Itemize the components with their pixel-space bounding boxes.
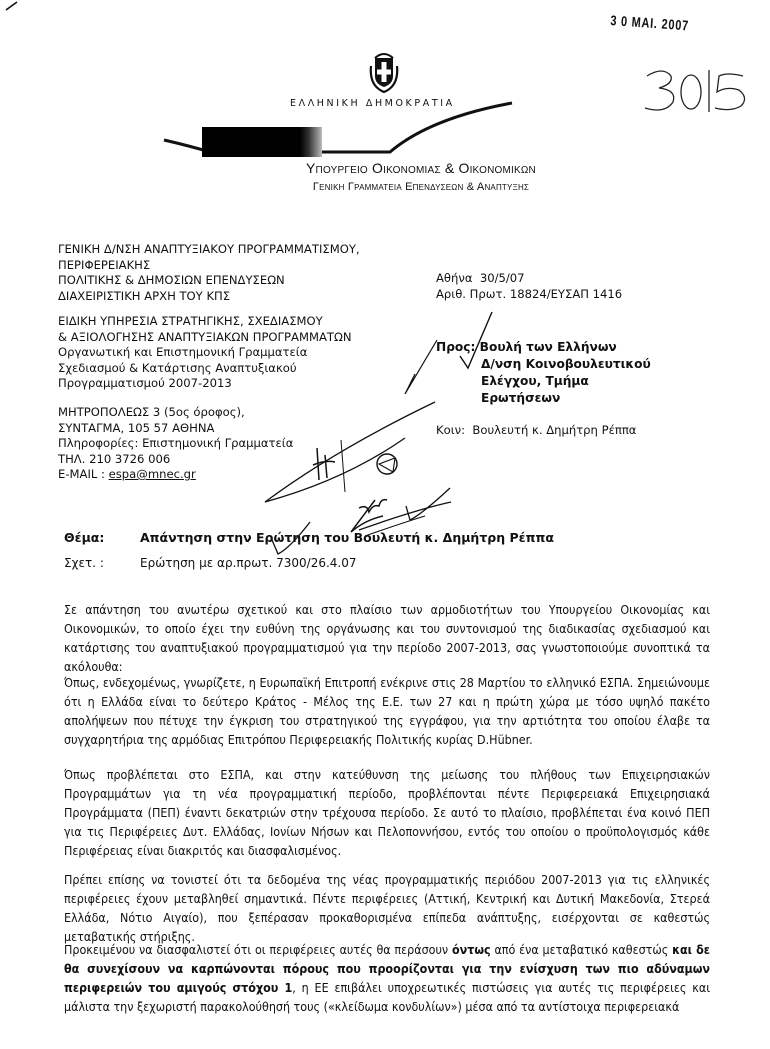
protocol-number: Αριθ. Πρωτ. 18824/ΕΥΣΑΠ 1416 [436,287,622,303]
handwritten-check-subject-2 [404,484,454,524]
email-label: E-MAIL : [58,467,109,481]
redaction-block-fade [300,127,322,157]
secretariat-name: Γενικη Γραμματεια Επενδυσεων & Αναπτυξης [0,181,770,193]
body-paragraph-1: Σε απάντηση του ανωτέρω σχετικού και στο… [64,600,710,676]
body-paragraph-2: Όπως, ενδεχομένως, γνωρίζετε, η Ευρωπαϊκ… [64,673,710,749]
service-line: ΕΙΔΙΚΗ ΥΠΗΡΕΣΙΑ ΣΤΡΑΤΗΓΙΚΗΣ, ΣΧΕΔΙΑΣΜΟΥ [58,314,352,330]
directorate-line: ΓΕΝΙΚΗ Δ/ΝΣΗ ΑΝΑΠΤΥΞΙΑΚΟΥ ΠΡΟΓΡΑΜΜΑΤΙΣΜΟ… [58,242,360,258]
body-paragraph-5: Προκειμένου να διασφαλιστεί ότι οι περιφ… [64,940,710,1016]
directorate-line: ΠΕΡΙΦΕΡΕΙΑΚΗΣ [58,258,360,274]
sender-directorate: ΓΕΝΙΚΗ Δ/ΝΣΗ ΑΝΑΠΤΥΞΙΑΚΟΥ ΠΡΟΓΡΑΜΜΑΤΙΣΜΟ… [58,242,360,304]
service-line: & ΑΞΙΟΛΟΓΗΣΗΣ ΑΝΑΠΤΥΞΙΑΚΩΝ ΠΡΟΓΡΑΜΜΑΤΩΝ [58,330,352,346]
directorate-line: ΔΙΑΧΕΙΡΙΣΤΙΚΗ ΑΡΧΗ ΤΟΥ ΚΠΣ [58,289,360,305]
p5-emphasis: όντως [452,942,491,957]
reference-label: Σχετ. : [64,556,104,570]
reference-text: Ερώτηση με αρ.πρωτ. 7300/26.4.07 [140,556,357,570]
handwritten-check-to [456,310,496,370]
ministry-name: Υπουργειο Οικονομιας & Οικονομικων [0,160,770,176]
email-link[interactable]: espa@mnec.gr [109,467,196,481]
handwritten-tick-mark [5,0,19,12]
received-date-stamp: 3 0 MAI. 2007 [610,12,690,33]
p5-text: από ένα μεταβατικό καθεστώς [491,942,672,957]
place-date: Αθήνα 30/5/07 [436,271,622,287]
handwritten-registry-number: 30|5 [643,66,753,114]
to-name: Βουλή των Ελλήνων [480,340,617,354]
handwritten-signatures [255,380,505,540]
document-meta: Αθήνα 30/5/07 Αριθ. Πρωτ. 18824/ΕΥΣΑΠ 14… [436,271,622,302]
p5-text: Προκειμένου να διασφαλιστεί ότι οι περιφ… [64,942,452,957]
greek-coat-of-arms-icon [367,52,401,94]
directorate-line: ΠΟΛΙΤΙΚΗΣ & ΔΗΜΟΣΙΩΝ ΕΠΕΝΔΥΣΕΩΝ [58,273,360,289]
subject-text: Απάντηση στην Ερώτηση του Βουλευτή κ. Δη… [140,530,554,545]
subject-label: Θέμα: [64,530,104,545]
body-paragraph-3: Όπως προβλέπεται στο ΕΣΠΑ, και στην κατε… [64,765,710,860]
service-line: Σχεδιασμού & Κατάρτισης Αναπτυξιακού [58,361,352,377]
body-paragraph-4: Πρέπει επίσης να τονιστεί ότι τα δεδομέν… [64,870,710,946]
service-line: Οργανωτική και Επιστημονική Γραμματεία [58,345,352,361]
